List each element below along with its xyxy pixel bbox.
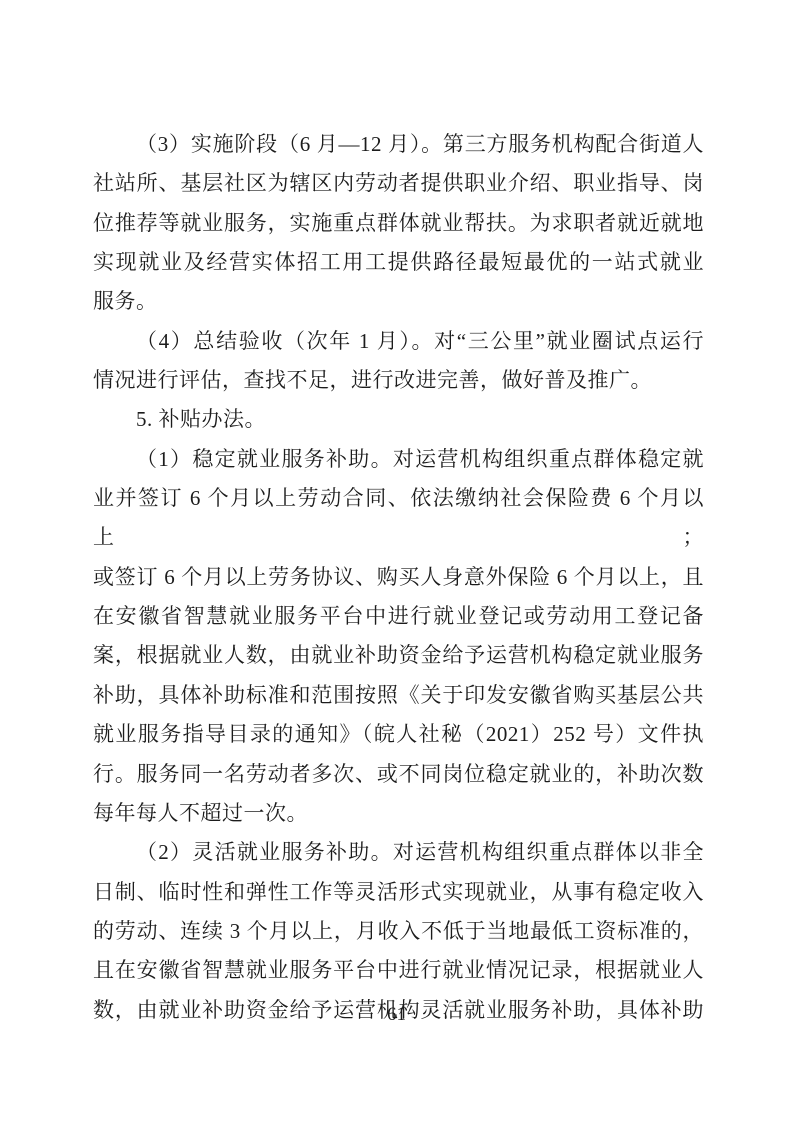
text-line: 行。服务同一名劳动者多次、或不同岗位稳定就业的，补助次数 [93, 755, 704, 794]
text-line: 在安徽省智慧就业服务平台中进行就业登记或劳动用工登记备 [93, 597, 704, 636]
paragraph: （3）实施阶段（6 月—12 月）。第三方服务机构配合街道人 社站所、基层社区为… [93, 125, 704, 322]
document-page: （3）实施阶段（6 月—12 月）。第三方服务机构配合街道人 社站所、基层社区为… [0, 0, 793, 1122]
text-line: 就业服务指导目录的通知》（皖人社秘（2021）252 号）文件执 [93, 715, 704, 754]
page-number: 61 [0, 1001, 793, 1029]
text-line: （4）总结验收（次年 1 月）。对“三公里”就业圈试点运行 [93, 322, 704, 361]
text-line: 社站所、基层社区为辖区内劳动者提供职业介绍、职业指导、岗 [93, 164, 704, 203]
text-line: 日制、临时性和弹性工作等灵活形式实现就业，从事有稳定收入 [93, 873, 704, 912]
text-line: 5. 补贴办法。 [93, 400, 704, 439]
paragraph: （4）总结验收（次年 1 月）。对“三公里”就业圈试点运行 情况进行评估，查找不… [93, 322, 704, 401]
text-line: 每年每人不超过一次。 [93, 794, 704, 833]
document-body: （3）实施阶段（6 月—12 月）。第三方服务机构配合街道人 社站所、基层社区为… [93, 125, 704, 1030]
text-line: 且在安徽省智慧就业服务平台中进行就业情况记录，根据就业人 [93, 951, 704, 990]
paragraph: 5. 补贴办法。 [93, 400, 704, 439]
paragraph: （1）稳定就业服务补助。对运营机构组织重点群体稳定就 业并签订 6 个月以上劳动… [93, 440, 704, 833]
text-line: 案，根据就业人数，由就业补助资金给予运营机构稳定就业服务 [93, 636, 704, 675]
text-line: 或签订 6 个月以上劳务协议、购买人身意外保险 6 个月以上，且 [93, 558, 704, 597]
text-line: （2）灵活就业服务补助。对运营机构组织重点群体以非全 [93, 833, 704, 872]
text-line: 实现就业及经营实体招工用工提供路径最短最优的一站式就业 [93, 243, 704, 282]
text-line: 补助，具体补助标准和范围按照《关于印发安徽省购买基层公共 [93, 676, 704, 715]
text-line: 位推荐等就业服务，实施重点群体就业帮扶。为求职者就近就地 [93, 204, 704, 243]
text-line: 情况进行评估，查找不足，进行改进完善，做好普及推广。 [93, 361, 704, 400]
text-line: 业并签订 6 个月以上劳动合同、依法缴纳社会保险费 6 个月以上； [93, 479, 704, 558]
text-line: （3）实施阶段（6 月—12 月）。第三方服务机构配合街道人 [93, 125, 704, 164]
text-line: 服务。 [93, 282, 704, 321]
text-line: （1）稳定就业服务补助。对运营机构组织重点群体稳定就 [93, 440, 704, 479]
text-line: 的劳动、连续 3 个月以上，月收入不低于当地最低工资标准的， [93, 912, 704, 951]
